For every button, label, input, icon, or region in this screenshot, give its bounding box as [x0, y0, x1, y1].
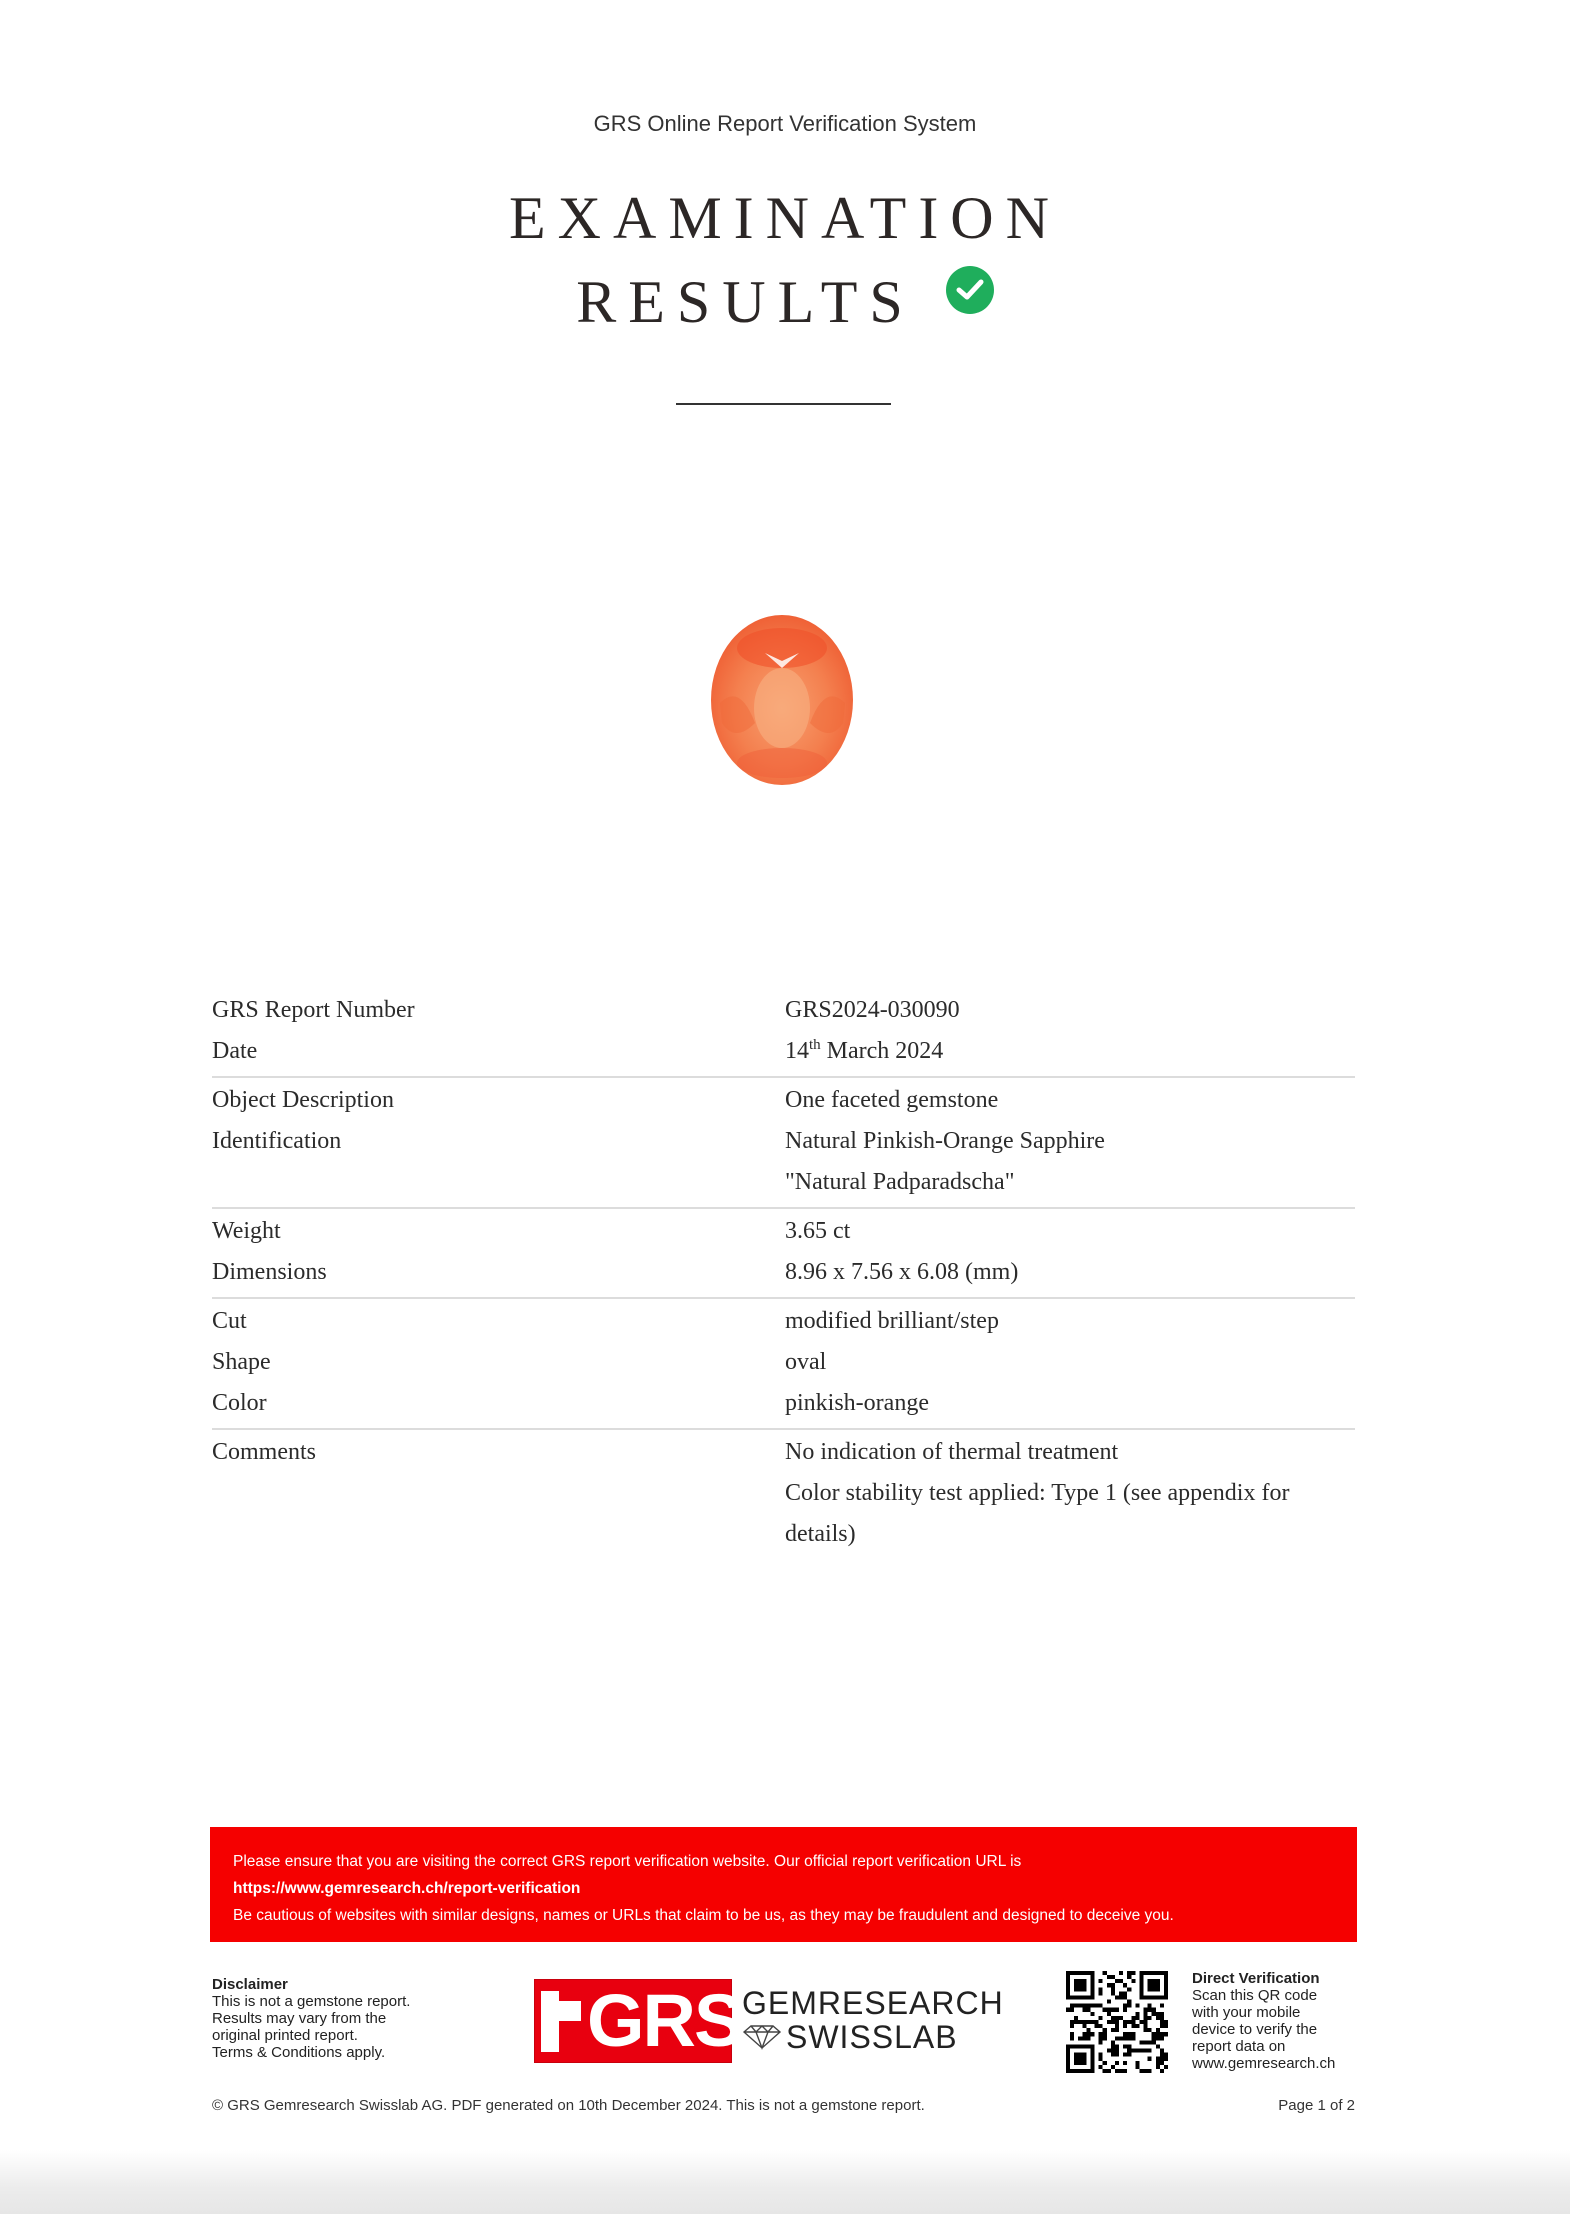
detail-row-comments: Comments No indication of thermal treatm… — [212, 1432, 1355, 1555]
detail-value: 8.96 x 7.56 x 6.08 (mm) — [785, 1252, 1355, 1293]
disclaimer-line: Terms & Conditions apply. — [212, 2044, 410, 2061]
detail-value: pinkish-orange — [785, 1383, 1355, 1424]
logo-line2: SWISSLAB — [786, 2019, 958, 2055]
title-divider — [676, 403, 891, 405]
detail-value: 14th March 2024 — [785, 1031, 1355, 1072]
detail-label: Object Description — [212, 1080, 785, 1121]
verification-url-link[interactable]: https://www.gemresearch.ch/report-verifi… — [233, 1875, 1334, 1902]
disclaimer-line: original printed report. — [212, 2027, 410, 2044]
detail-value: GRS2024-030090 — [785, 990, 1355, 1031]
detail-label: Shape — [212, 1342, 785, 1383]
warning-caution-text: Be cautious of websites with similar des… — [233, 1902, 1334, 1929]
verification-line: with your mobile — [1192, 2004, 1335, 2021]
qr-code[interactable] — [1066, 1971, 1168, 2073]
detail-value: One faceted gemstone — [785, 1080, 1355, 1121]
page-title-line2-text: RESULTS — [576, 269, 915, 335]
detail-value: 3.65 ct — [785, 1211, 1355, 1252]
report-details-table: GRS Report Number GRS2024-030090 Date 14… — [212, 988, 1355, 1559]
detail-value: Natural Pinkish-Orange Sapphire "Natural… — [785, 1121, 1355, 1203]
grs-logo-text: GRS — [587, 1982, 741, 2060]
identification-line: Natural Pinkish-Orange Sapphire — [785, 1121, 1355, 1162]
details-group-object: Object Description One faceted gemstone … — [212, 1078, 1355, 1209]
details-group-comments: Comments No indication of thermal treatm… — [212, 1430, 1355, 1559]
warning-text: Please ensure that you are visiting the … — [233, 1848, 1334, 1875]
comment-line: No indication of thermal treatment — [785, 1432, 1355, 1473]
verification-heading: Direct Verification — [1192, 1970, 1335, 1987]
official-url-warning-banner: Please ensure that you are visiting the … — [210, 1827, 1357, 1942]
date-day: 14 — [785, 1038, 809, 1064]
grs-logo: GRS GEMRESEARCH SWISSLAB — [534, 1980, 1004, 2062]
grs-logo-mark: GRS — [534, 1979, 732, 2063]
detail-row-weight: Weight 3.65 ct — [212, 1211, 1355, 1252]
detail-label: Cut — [212, 1301, 785, 1342]
detail-value: modified brilliant/step — [785, 1301, 1355, 1342]
check-circle-icon — [946, 266, 994, 314]
detail-row-shape: Shape oval — [212, 1342, 1355, 1383]
swiss-cross-bar — [541, 2001, 581, 2021]
detail-label: GRS Report Number — [212, 990, 785, 1031]
detail-label: Comments — [212, 1432, 785, 1555]
verification-line: device to verify the — [1192, 2021, 1335, 2038]
date-rest: March 2024 — [821, 1038, 944, 1064]
details-group-appearance: Cut modified brilliant/step Shape oval C… — [212, 1299, 1355, 1430]
detail-value: No indication of thermal treatment Color… — [785, 1432, 1355, 1555]
detail-row-color: Color pinkish-orange — [212, 1383, 1355, 1424]
detail-label: Weight — [212, 1211, 785, 1252]
diamond-icon — [742, 2022, 782, 2056]
disclaimer-heading: Disclaimer — [212, 1976, 410, 1993]
disclaimer-line: This is not a gemstone report. — [212, 1993, 410, 2010]
page-bottom-shadow — [0, 2150, 1570, 2214]
grs-logo-wordmark: GEMRESEARCH SWISSLAB — [742, 1986, 1004, 2057]
detail-label: Dimensions — [212, 1252, 785, 1293]
details-group-report: GRS Report Number GRS2024-030090 Date 14… — [212, 988, 1355, 1078]
verification-line: Scan this QR code — [1192, 1987, 1335, 2004]
page-number: Page 1 of 2 — [1278, 2097, 1355, 2114]
detail-row-report-number: GRS Report Number GRS2024-030090 — [212, 990, 1355, 1031]
detail-row-dimensions: Dimensions 8.96 x 7.56 x 6.08 (mm) — [212, 1252, 1355, 1293]
page-title-line2: RESULTS — [0, 266, 1570, 337]
detail-row-object-description: Object Description One faceted gemstone — [212, 1080, 1355, 1121]
system-subtitle: GRS Online Report Verification System — [0, 111, 1570, 137]
logo-line1: GEMRESEARCH — [742, 1986, 1004, 2020]
date-day-suffix: th — [809, 1037, 821, 1053]
gemstone-image — [710, 613, 855, 786]
comment-line: details) — [785, 1514, 1355, 1555]
disclaimer: Disclaimer This is not a gemstone report… — [212, 1976, 410, 2061]
logo-line2-wrap: SWISSLAB — [742, 2020, 1004, 2057]
identification-line: "Natural Padparadscha" — [785, 1162, 1355, 1203]
detail-label: Date — [212, 1031, 785, 1072]
disclaimer-line: Results may vary from the — [212, 2010, 410, 2027]
verification-website: www.gemresearch.ch — [1192, 2055, 1335, 2072]
detail-label: Identification — [212, 1121, 785, 1203]
detail-row-cut: Cut modified brilliant/step — [212, 1301, 1355, 1342]
detail-value: oval — [785, 1342, 1355, 1383]
detail-row-identification: Identification Natural Pinkish-Orange Sa… — [212, 1121, 1355, 1203]
detail-row-date: Date 14th March 2024 — [212, 1031, 1355, 1072]
detail-label: Color — [212, 1383, 785, 1424]
direct-verification: Direct Verification Scan this QR code wi… — [1192, 1970, 1335, 2072]
details-group-measurements: Weight 3.65 ct Dimensions 8.96 x 7.56 x … — [212, 1209, 1355, 1299]
page-title-line1: EXAMINATION — [0, 184, 1570, 253]
copyright-footer: © GRS Gemresearch Swisslab AG. PDF gener… — [212, 2097, 925, 2114]
verification-line: report data on — [1192, 2038, 1335, 2055]
comment-line: Color stability test applied: Type 1 (se… — [785, 1473, 1355, 1514]
